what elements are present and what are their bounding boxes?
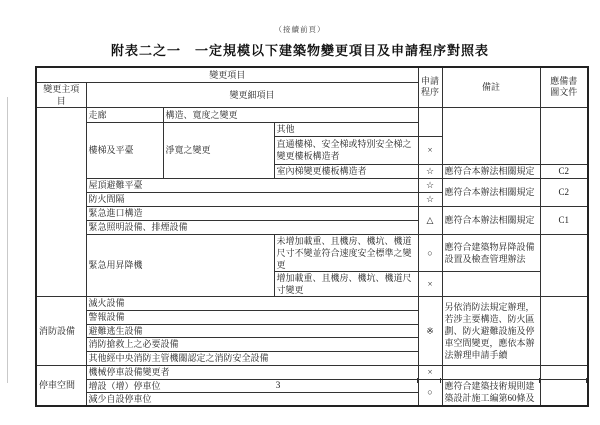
document-code-cell: [540, 107, 588, 164]
procedure-symbol-cell: [418, 107, 442, 136]
page-break-cut-line: [417, 378, 418, 383]
page-title: 附表二之一 一定規模以下建築物變更項目及申請程序對照表: [0, 40, 600, 59]
main-item-cell: [36, 107, 86, 296]
comparison-table-wrapper: 變更項目 申請 程序 備註 應備書 圖文件 變更主項目 變更細項目 走廊構造、寬…: [35, 66, 589, 407]
header-remarks: 備註: [442, 67, 540, 107]
table-row: 停車空間機械停車設備變更者×: [36, 365, 588, 379]
header-required-documents-line1: 應備書: [543, 76, 586, 87]
detail-item-cell: 避難逃生設備: [86, 324, 418, 337]
table-body: 走廊構造、寬度之變更樓梯及平臺淨寬之變更其他直通樓梯、安全梯或特別安全梯之變更樓…: [36, 107, 588, 406]
remark-cell: 應符合建築技術規則建築設計施工編第60條及: [442, 379, 540, 406]
detail-item-cell: 增加載重、且機房、機坑、機道尺寸變更: [274, 271, 418, 296]
procedure-symbol-cell: ×: [418, 365, 442, 379]
procedure-symbol-cell: ×: [418, 271, 442, 296]
detail-item-cell: 緊急進口構造: [86, 206, 418, 220]
main-item-cell: 消防設備: [36, 296, 86, 365]
table-row: 緊急進口構造△應符合本辦法相關規定C1: [36, 206, 588, 220]
detail-item-cell: 淨寬之變更: [163, 122, 274, 178]
page-number: 3: [268, 381, 288, 391]
document-code-cell: [540, 296, 588, 365]
remark-cell: 應符合本辦法相關規定: [442, 206, 540, 234]
detail-item-cell: 走廊: [86, 107, 163, 122]
document-code-cell: C1: [540, 206, 588, 234]
header-required-documents: 應備書 圖文件: [540, 67, 588, 107]
header-application-procedure-line1: 申請: [421, 76, 440, 87]
document-code-cell: C2: [540, 164, 588, 178]
table-row: 屋頂避難平臺☆應符合本辦法相關規定C2: [36, 178, 588, 192]
detail-item-cell: 減少自設停車位: [86, 392, 418, 406]
detail-item-cell: 緊急照明設備、排煙設備: [86, 220, 418, 234]
procedure-symbol-cell: ※: [418, 296, 442, 365]
detail-item-cell: 室內梯變更樓板構造者: [274, 164, 418, 178]
procedure-symbol-cell: ☆: [418, 192, 442, 206]
procedure-symbol-cell: ○: [418, 234, 442, 271]
table-row: 消防設備滅火設備※另依消防法規定辦理，若涉主要構造、防火區劃、防火避難設施及停車…: [36, 296, 588, 310]
detail-item-cell: 未增加載重、且機房、機坑、機道尺寸不變並符合速度安全標準之變更: [274, 234, 418, 271]
procedure-symbol-cell: ☆: [418, 178, 442, 192]
detail-item-cell: 消防搶救上之必要設備: [86, 337, 418, 351]
remark-cell: 應符合本辦法相關規定: [442, 178, 540, 206]
detail-item-cell: 直通樓梯、安全梯或特別安全梯之變更樓板構造者: [274, 136, 418, 164]
continued-from-previous-page-note: （接續前頁）: [0, 24, 600, 35]
document-code-cell: C2: [540, 178, 588, 206]
header-row-1: 變更項目 申請 程序 備註 應備書 圖文件: [36, 67, 588, 82]
header-main-item: 變更主項目: [36, 82, 86, 107]
document-code-cell: [540, 379, 588, 406]
header-detail-item: 變更細項目: [86, 82, 418, 107]
detail-item-cell: 樓梯及平臺: [86, 122, 163, 178]
remark-cell: 另依消防法規定辦理，若涉主要構造、防火區劃、防火避難設施及停車空間變更，應依本辦…: [442, 296, 540, 365]
remark-cell: 應符合本辦法相關規定: [442, 164, 540, 178]
detail-item-cell: 防火間隔: [86, 192, 418, 206]
page-break-cut-line: [586, 378, 587, 383]
detail-item-cell: 構造、寬度之變更: [163, 107, 418, 122]
comparison-table: 變更項目 申請 程序 備註 應備書 圖文件 變更主項目 變更細項目 走廊構造、寬…: [35, 66, 589, 407]
detail-item-cell: 緊急用昇降機: [86, 234, 274, 296]
remark-cell: 應符合建築物昇降設備設置及檢查管理辦法: [442, 234, 540, 271]
header-required-documents-line2: 圖文件: [543, 87, 586, 98]
header-change-items: 變更項目: [36, 67, 418, 82]
detail-item-cell: 屋頂避難平臺: [86, 178, 418, 192]
header-application-procedure-line2: 程序: [421, 87, 440, 98]
detail-item-cell: 增設（增）停車位: [86, 379, 418, 392]
page-break-cut-line: [440, 378, 441, 383]
procedure-symbol-cell: ○: [418, 379, 442, 406]
remark-cell: [442, 271, 540, 296]
remark-cell: [442, 365, 540, 379]
detail-item-cell: 機械停車設備變更者: [86, 365, 418, 379]
table-row: 增設（增）停車位○應符合建築技術規則建築設計施工編第60條及: [36, 379, 588, 392]
main-item-cell: 停車空間: [36, 365, 86, 406]
document-code-cell: [540, 234, 588, 296]
detail-item-cell: 其他經中央消防主管機關認定之消防安全設備: [86, 351, 418, 365]
procedure-symbol-cell: ☆: [418, 164, 442, 178]
procedure-symbol-cell: △: [418, 206, 442, 234]
document-code-cell: [540, 365, 588, 379]
table-row: 走廊構造、寬度之變更: [36, 107, 588, 122]
page-break-cut-line: [539, 378, 540, 383]
remark-cell: [442, 107, 540, 164]
detail-item-cell: 滅火設備: [86, 296, 418, 310]
scan-edge-artifact: [7, 97, 8, 383]
procedure-symbol-cell: ×: [418, 136, 442, 164]
header-application-procedure: 申請 程序: [418, 67, 442, 107]
table-row: 緊急用昇降機未增加載重、且機房、機坑、機道尺寸不變並符合速度安全標準之變更○應符…: [36, 234, 588, 271]
detail-item-cell: 其他: [274, 122, 418, 136]
detail-item-cell: 警報設備: [86, 310, 418, 324]
